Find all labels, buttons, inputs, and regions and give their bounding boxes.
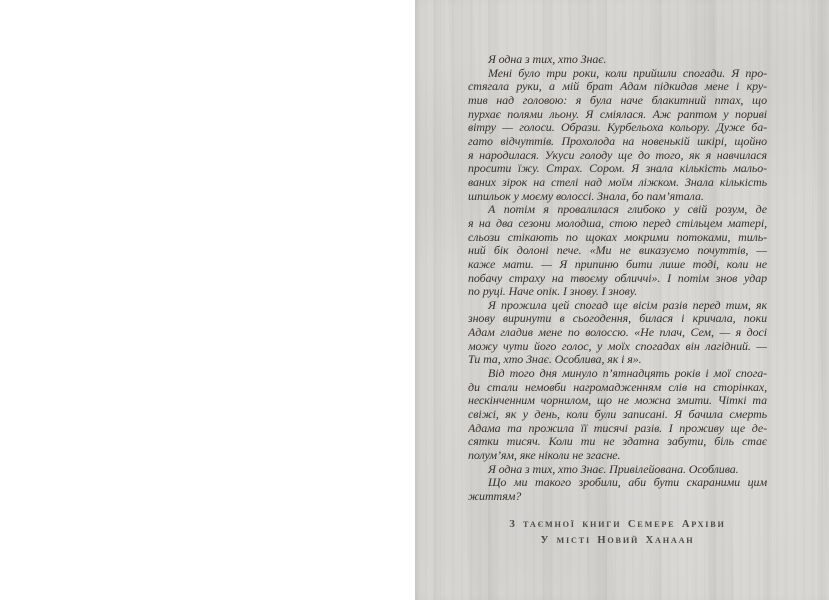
text-line: полум’ям, яке ніколи не згасне. bbox=[468, 449, 767, 463]
text-line: гато відчуттів. Прохолода на новенькій ш… bbox=[468, 135, 767, 149]
text-line: я на два сезони молодша, стою перед стіл… bbox=[468, 217, 767, 231]
left-blank-page bbox=[0, 0, 415, 600]
text-line: Ти та, хто Знає. Особлива, як і я». bbox=[468, 353, 767, 367]
text-line: Мені було три роки, коли прийшли спогади… bbox=[468, 67, 767, 81]
text-line: знову виринути в сьогодення, билася і кр… bbox=[468, 312, 767, 326]
text-line: по руці. Наче опік. І знову. І знову. bbox=[468, 285, 767, 299]
text-line: стягала руки, а мій брат Адам підкидав м… bbox=[468, 80, 767, 94]
text-line: Я прожила цей спогад ще вісім разів пере… bbox=[468, 299, 767, 313]
epigraph-body-text: Я одна з тих, хто Знає.Мені було три рок… bbox=[468, 53, 767, 504]
text-line: каже мати. — Я припиню бити лише тоді, к… bbox=[468, 258, 767, 272]
text-line: Я одна з тих, хто Знає. Привілейована. О… bbox=[468, 463, 767, 477]
text-line: Від того дня минуло п’ятнадцять років і … bbox=[468, 367, 767, 381]
text-line: ний бік долоні пече. «Ми не виказуємо по… bbox=[468, 244, 767, 258]
text-line: тив над головою: я була наче блакитний п… bbox=[468, 94, 767, 108]
text-line: А потім я провалилася глибоко у свій роз… bbox=[468, 203, 767, 217]
text-line: шпильок у моєму волоссі. Знала, бо пам’я… bbox=[468, 190, 767, 204]
colophon-place-line: У МІСТІ НОВИЙ ХАНААН bbox=[468, 533, 767, 549]
text-line: Що ми такого зробили, аби бути скараними… bbox=[468, 476, 767, 490]
scanned-book-spread: Я одна з тих, хто Знає.Мені було три рок… bbox=[0, 0, 829, 600]
text-line: просити їжу. Страх. Сором. Я знала кільк… bbox=[468, 162, 767, 176]
text-line: сльози стікають по щоках мокрими потокам… bbox=[468, 231, 767, 245]
text-line: побачу страху на твоєму обличчі». І поті… bbox=[468, 272, 767, 286]
text-line: свіжі, як у день, коли були записані. Я … bbox=[468, 408, 767, 422]
text-line: нескінченним чорнилом, що не можна змити… bbox=[468, 394, 767, 408]
text-line: Я одна з тих, хто Знає. bbox=[468, 53, 767, 67]
text-line: життям? bbox=[468, 490, 767, 504]
text-line: можу чути його голос, у моїх спогадах ві… bbox=[468, 340, 767, 354]
text-line: Адам гладив мене по волоссю. «Не плач, С… bbox=[468, 326, 767, 340]
text-line: я народилася. Укуси голоду ще до того, я… bbox=[468, 149, 767, 163]
text-line: ди стали немовби нагромадженням слів на … bbox=[468, 381, 767, 395]
colophon-source-line: З ТАЄМНОЇ КНИГИ СЕМЕРЕ АРХІВИ bbox=[468, 517, 767, 533]
text-line: вітру — голоси. Образи. Курбельоха кольо… bbox=[468, 121, 767, 135]
colophon: З ТАЄМНОЇ КНИГИ СЕМЕРЕ АРХІВИ У МІСТІ НО… bbox=[468, 517, 767, 549]
text-line: пурхає полями льону. Я сміялася. Аж рапт… bbox=[468, 108, 767, 122]
text-line: Адама та прожила її тисячі разів. І прож… bbox=[468, 422, 767, 436]
right-book-page: Я одна з тих, хто Знає.Мені було три рок… bbox=[415, 0, 829, 600]
text-line: сятки тисяч. Коли ти не здатна забути, б… bbox=[468, 435, 767, 449]
text-line: ваних зірок на стелі над моїм ліжком. Зн… bbox=[468, 176, 767, 190]
